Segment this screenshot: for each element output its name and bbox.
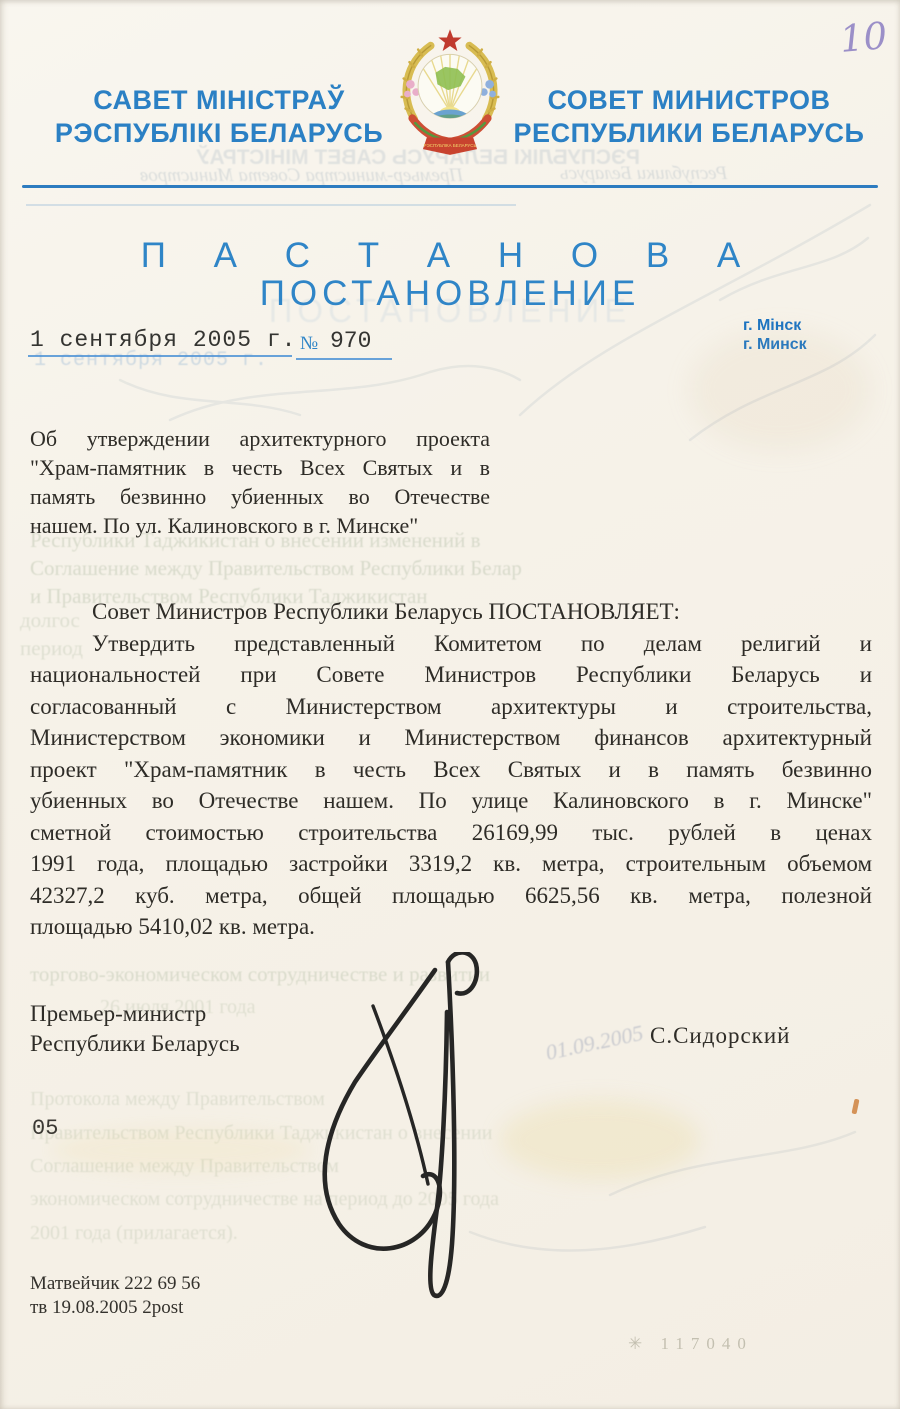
signature-sidorsky-handwriting xyxy=(285,952,490,1312)
belarus-coat-of-arms-icon: РЭСПУБЛІКА БЕЛАРУСЬ xyxy=(392,24,508,164)
body-line: Министерством экономики и Министерством … xyxy=(30,722,872,754)
body-line: согласованный с Министерством архитектур… xyxy=(30,691,872,723)
letterhead-divider-rule-ghost xyxy=(26,204,516,206)
registration-stamp-number: ✳ 117040 xyxy=(628,1334,753,1354)
org-left-line1: САВЕТ МІНІСТРАЎ xyxy=(44,84,394,117)
dispatch-note: тв 19.08.2005 2post xyxy=(30,1296,200,1320)
letterhead-divider-rule xyxy=(22,185,878,188)
emblem-ribbon-text: РЭСПУБЛІКА БЕЛАРУСЬ xyxy=(424,143,477,148)
signer-name: С.Сидорский xyxy=(650,1023,790,1049)
executor-block: Матвейчик 222 69 56 тв 19.08.2005 2post xyxy=(30,1272,200,1320)
number-underline xyxy=(296,358,392,360)
bleedthrough-fragment: Соглашение между Правительством Республи… xyxy=(30,556,522,581)
body-line: проект "Храм-памятник в честь Всех Святы… xyxy=(30,754,872,786)
bleedthrough-handwritten-date: 01.09.2005 xyxy=(543,1020,645,1066)
document-number: 970 xyxy=(330,328,371,354)
subject-line: нашем. По ул. Калиновского в г. Минске" xyxy=(30,511,490,540)
body-line: 1991 года, площадью застройки 3319,2 кв.… xyxy=(30,848,872,880)
resolves-line: Совет Министров Республики Беларусь ПОСТ… xyxy=(30,596,872,628)
title-postanovlenie: ПОСТАНОВЛЕНИЕ xyxy=(45,274,855,314)
department-code: 05 xyxy=(32,1116,58,1141)
org-right-line2: РЕСПУБЛИКИ БЕЛАРУСЬ xyxy=(504,117,874,150)
title-pastanova: П А С Т А Н О В А xyxy=(45,236,855,276)
orange-pen-tick xyxy=(851,1099,859,1115)
body-line: сметной стоимостью строительства 26169,9… xyxy=(30,817,872,849)
letterhead-org-russian: СОВЕТ МИНИСТРОВ РЕСПУБЛИКИ БЕЛАРУСЬ xyxy=(504,84,874,150)
place-minsk-russian: г. Минск xyxy=(743,335,807,354)
bleedthrough-signer-title-mirrored: Премьер-министра Совета Министров xyxy=(140,165,463,187)
body-line: Утвердить представленный Комитетом по де… xyxy=(30,628,872,660)
org-left-line2: РЭСПУБЛІКІ БЕЛАРУСЬ xyxy=(44,117,394,150)
signer-post-line2: Республики Беларусь xyxy=(30,1029,240,1059)
subject-paragraph: Об утверждении архитектурного проекта "Х… xyxy=(30,424,490,540)
body-line: 42327,2 куб. метра, общей площадью 6625,… xyxy=(30,880,872,912)
decree-body: Совет Министров Республики Беларусь ПОСТ… xyxy=(30,596,872,943)
bleedthrough-fragment: 2001 года (прилагается). xyxy=(30,1222,238,1245)
subject-line: Об утверждении архитектурного проекта xyxy=(30,424,490,453)
body-line: убиенных во Отечестве нашем. По улице Ка… xyxy=(30,785,872,817)
body-line: национальностей при Совете Министров Рес… xyxy=(30,659,872,691)
signer-post-line1: Премьер-министр xyxy=(30,999,240,1029)
org-right-line1: СОВЕТ МИНИСТРОВ xyxy=(504,84,874,117)
emblem-globe xyxy=(428,109,472,134)
scanned-decree-page: РЭСПУБЛІКІ БЕЛАРУСЬ САВЕТ МІНІСТРАЎ Прем… xyxy=(0,0,900,1409)
date-underline xyxy=(28,355,292,357)
executor-name-phone: Матвейчик 222 69 56 xyxy=(30,1272,200,1296)
body-line: площадью 5410,02 кв. метра. xyxy=(30,911,872,943)
document-date: 1 сентября 2005 г. xyxy=(30,327,296,353)
bleedthrough-fragment: Протокола между Правительством xyxy=(30,1088,325,1111)
number-sign: № xyxy=(300,333,318,355)
letterhead-org-belarusian: САВЕТ МІНІСТРАЎ РЭСПУБЛІКІ БЕЛАРУСЬ xyxy=(44,84,394,150)
subject-line: память безвинно убиенных во Отечестве xyxy=(30,482,490,511)
bleedthrough-republic-mirrored: Республики Беларусь xyxy=(560,163,727,185)
place-of-issue: г. Мінск г. Минск xyxy=(743,316,807,354)
highlighter-smudge xyxy=(500,1100,700,1180)
signer-post: Премьер-министр Республики Беларусь xyxy=(30,999,240,1059)
place-minsk-belarusian: г. Мінск xyxy=(743,316,807,335)
emblem-red-star xyxy=(438,29,461,51)
subject-line: "Храм-памятник в честь Всех Святых и в xyxy=(30,453,490,482)
handwritten-page-number: 10 xyxy=(838,14,889,61)
